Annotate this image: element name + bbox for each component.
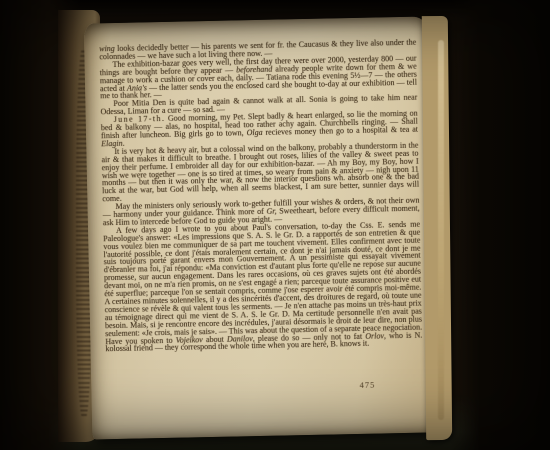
photo-background-right	[450, 0, 550, 450]
page-number: 475	[359, 380, 375, 390]
text-run: It is very hot & heavy air, but a coloss…	[101, 140, 419, 203]
text-run: recieves money then go to a hospital & t…	[262, 125, 418, 137]
text-run: A few days ago I wrote to you about Paul…	[103, 219, 422, 345]
text-run: Olga	[247, 128, 263, 137]
paragraph: It is very hot & heavy air, but a coloss…	[101, 141, 419, 203]
book-photo: wing looks decidedly better — his parent…	[0, 0, 550, 450]
fore-edge-highlight	[438, 40, 444, 420]
fore-edge	[422, 16, 452, 440]
book-page: wing looks decidedly better — his parent…	[84, 16, 435, 439]
page-text: wing looks decidedly better — his parent…	[99, 39, 423, 390]
paragraph: A few days ago I wrote to you about Paul…	[103, 220, 423, 353]
